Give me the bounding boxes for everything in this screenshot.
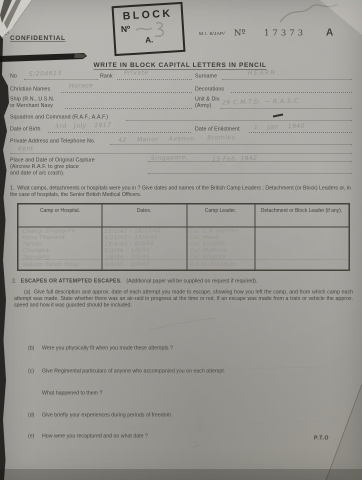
- ref-number: 17373: [264, 28, 306, 38]
- table-row-camp: Tamuang: [22, 253, 49, 260]
- question-2e-label: (e): [28, 433, 34, 439]
- question-2d-text: Give briefly your experiences during per…: [42, 412, 172, 418]
- streak-tip: [74, 54, 86, 59]
- table-header-block-leader: Detachment or Block Leader (if any).: [255, 208, 349, 214]
- page-turn-over-note: P.T.O: [314, 435, 329, 441]
- confidential-prefix-mark: Cº: [4, 31, 9, 36]
- field-label-surname: Surname: [195, 73, 217, 79]
- table-header-leader: Camp Leader.: [187, 208, 255, 214]
- dotted-line: [249, 132, 352, 133]
- paper-edge-line: [13, 0, 32, 27]
- field-value-address-2: Kent: [18, 145, 34, 152]
- field-label-ship-2: or Merchant Navy: [10, 103, 53, 109]
- field-label-unit-1: Unit & Div.: [195, 96, 221, 102]
- section-2-note: (Additional paper will be supplied on re…: [126, 278, 257, 284]
- ref-suffix-letter: A: [326, 27, 333, 39]
- field-label-date-of-birth: Date of Birth: [10, 126, 40, 132]
- torn-left-edge: [0, 35, 9, 480]
- field-value-date-of-birth: 3rd July 1917: [55, 121, 112, 129]
- question-1-number: 1.: [10, 185, 14, 191]
- small-pencil-mark: [192, 443, 202, 449]
- question-1: 1. What camps, detachments or hospitals …: [10, 185, 354, 198]
- section-2-number: 2.: [12, 278, 16, 284]
- dotted-line: [61, 92, 192, 93]
- table-header-dates: Dates.: [102, 208, 187, 214]
- dotted-line: [48, 132, 191, 133]
- table-row-dates: 9/4/45 – 2/9/45: [104, 261, 149, 268]
- table-row-leader: R.S.M. Freeman: [189, 261, 236, 268]
- dotted-line: [222, 79, 352, 80]
- dotted-line: [24, 79, 98, 80]
- question-2c-label: (c): [28, 368, 34, 374]
- field-value-capture-date: 15 Feb. 1942: [212, 154, 258, 162]
- field-label-decorations: Decorations: [195, 86, 224, 92]
- question-2a-text: Give full description and approx. date o…: [14, 289, 353, 308]
- pencil-stroke: [150, 318, 215, 330]
- field-value-no: S/204613: [29, 70, 62, 78]
- section-2-heading: 2. ESCAPES OR ATTEMPTED ESCAPES. (Additi…: [12, 278, 257, 284]
- section-2-title: ESCAPES OR ATTEMPTED ESCAPES.: [21, 278, 122, 284]
- table-row-camp: Nakom Paton Hosp.: [22, 261, 81, 268]
- field-label-capture-2: (Aircrew R.A.F. to give place: [10, 164, 79, 170]
- field-label-capture-3: and date of a/c crash).: [10, 170, 65, 176]
- corner-shadow-slash: [4, 0, 21, 29]
- ink-dash-mark: [273, 115, 283, 117]
- field-label-christian-names: Christian Names: [10, 86, 50, 92]
- field-value-enlistment: 1 Jan 1940: [254, 122, 305, 130]
- field-label-rank: Rank: [100, 73, 113, 79]
- dotted-line: [110, 144, 352, 145]
- page-crease: [326, 384, 362, 480]
- field-label-unit-2: (Army): [195, 103, 211, 109]
- table-row-leader: Col. Knights: [189, 253, 225, 260]
- corner-shadow-slash: [0, 0, 12, 23]
- block-stamp-word: BLOCK: [114, 7, 182, 23]
- question-2a: (a) Give full description and approx. da…: [14, 289, 353, 309]
- field-value-unit: 29 C.M.T.D. — R.A.S.C.: [222, 97, 301, 106]
- pencil-squiggle: [280, 4, 338, 22]
- field-value-rank: Private: [124, 69, 149, 77]
- question-2a-label: (a): [24, 289, 30, 295]
- field-value-surname: HEARN: [248, 69, 277, 77]
- form-instruction-title: WRITE IN BLOCK CAPITAL LETTERS IN PENCIL: [60, 61, 300, 69]
- question-1-text: What camps, detachments or hospitals wer…: [10, 185, 351, 198]
- pow-questionnaire-form-page: Cº CONFIDENTIAL BLOCK Nº A. M.I. 9/JAP/ …: [0, 0, 362, 480]
- ref-prefix: M.I. 9/JAP/: [199, 31, 225, 37]
- field-label-capture-1: Place and Date of Original Capture: [10, 157, 95, 163]
- table-row-dates: 1/6/44 – 7/2/45: [104, 253, 149, 260]
- dotted-line: [148, 173, 352, 174]
- table-header-camp: Camp or Hospital.: [19, 208, 102, 214]
- field-label-squadron: Squadron and Command (R.A.F., A.A.F.): [10, 114, 108, 120]
- camps-table: Camp or Hospital. Dates. Camp Leader. De…: [17, 203, 350, 271]
- question-2b-text: Were you physically fit when you made th…: [42, 345, 173, 351]
- dotted-line: [220, 108, 352, 109]
- field-value-capture-place: Singapore,: [151, 154, 188, 162]
- question-2b-label: (b): [28, 345, 34, 351]
- faint-pencil-line: [125, 421, 324, 429]
- field-label-no: No: [10, 73, 17, 79]
- ref-no-label: Nº: [234, 28, 245, 38]
- dotted-line: [126, 120, 352, 121]
- field-label-enlistment: Date of Enlistment: [195, 126, 240, 132]
- block-stamp-no: Nº: [121, 24, 131, 35]
- confidential-stamp: CONFIDENTIAL: [10, 34, 66, 42]
- dotted-line: [65, 108, 192, 109]
- field-label-address: Private Address and Telephone No.: [10, 138, 96, 144]
- question-2c-text: Give Regimental particulars of anyone wh…: [42, 368, 225, 374]
- field-value-christian-names: Horace: [69, 82, 93, 90]
- crease-shadow: [326, 384, 362, 480]
- question-2d-label: (d): [28, 412, 34, 418]
- question-2c2-text: What happened to them ?: [42, 390, 102, 396]
- bottom-edge-shadow: [0, 469, 362, 480]
- block-number-stamp: BLOCK Nº A.: [112, 2, 186, 56]
- dotted-line: [231, 92, 352, 93]
- dotted-line: [117, 79, 192, 80]
- question-2e-text: How were you recaptured and on what date…: [42, 433, 148, 439]
- field-label-ship-1: Ship (R.N., U.S.N.: [10, 96, 54, 102]
- block-stamp-letter: A.: [115, 34, 182, 47]
- field-value-address: 42 Manor Avenue, Bromley,: [118, 133, 238, 143]
- scanned-document-viewport: Cº CONFIDENTIAL BLOCK Nº A. M.I. 9/JAP/ …: [0, 0, 362, 480]
